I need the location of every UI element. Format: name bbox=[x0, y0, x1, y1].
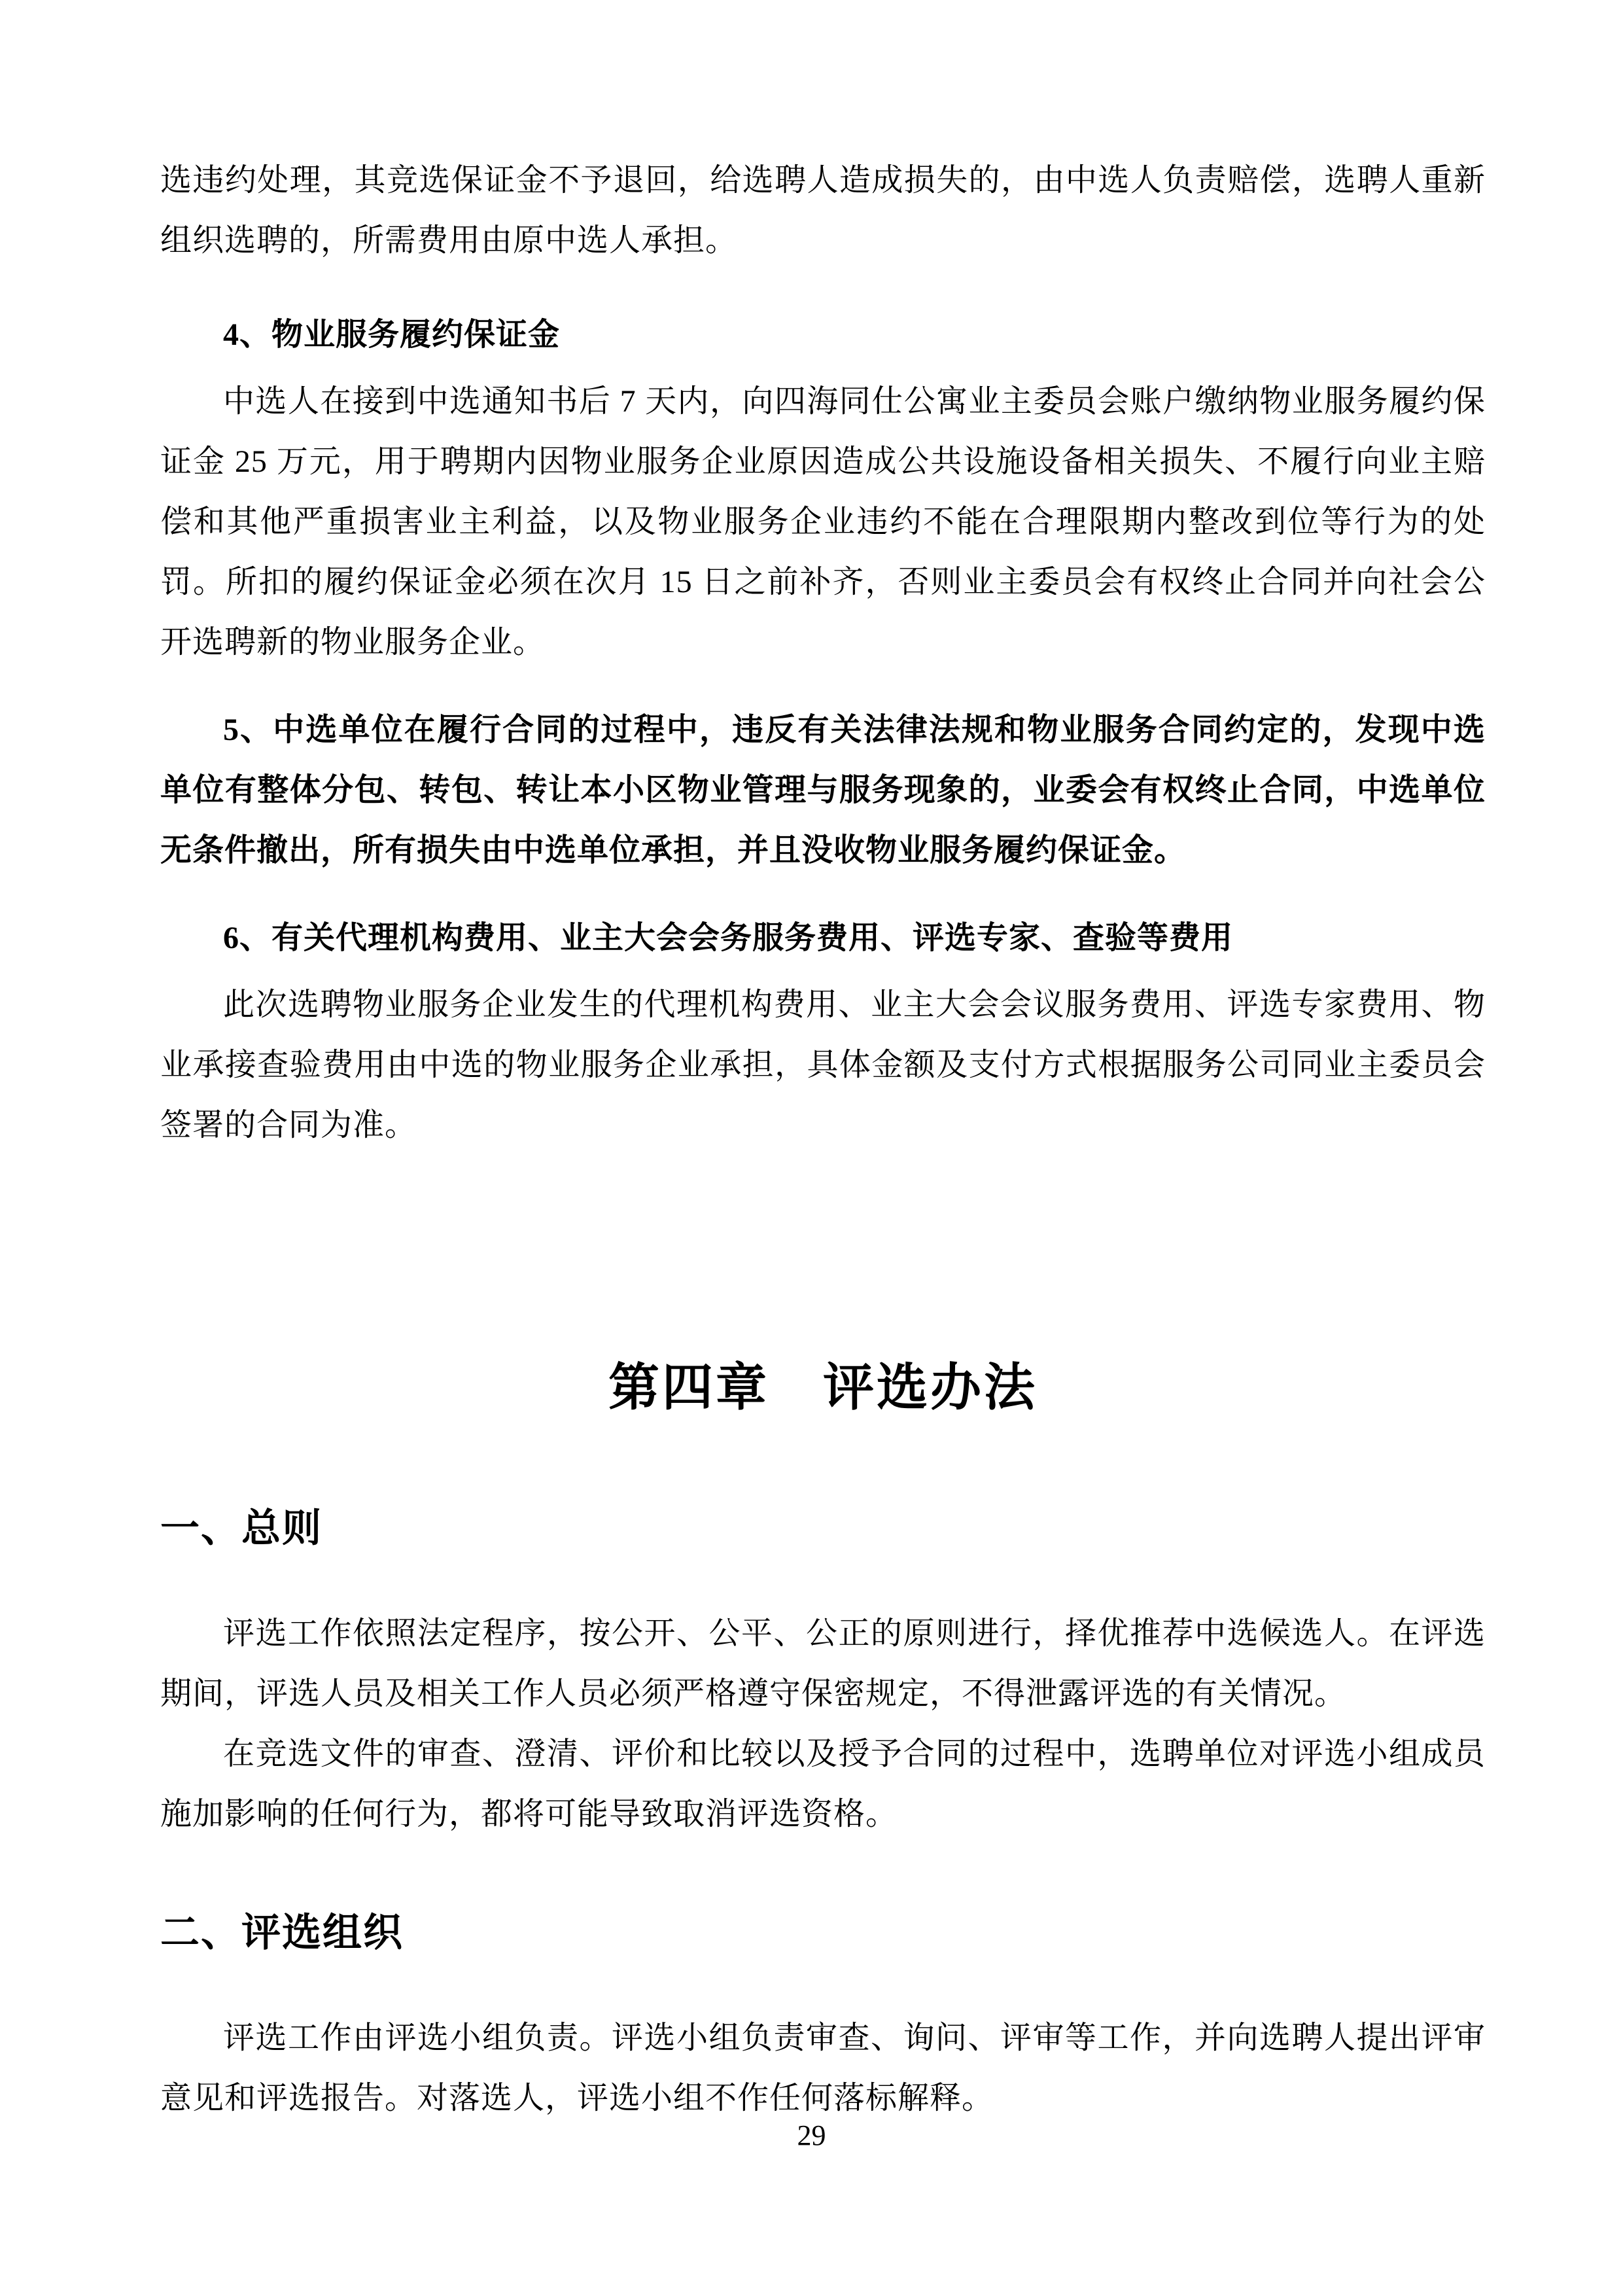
general-rules-heading: 一、总则 bbox=[160, 1502, 1486, 1555]
chapter-title: 第四章 评选办法 bbox=[160, 1352, 1486, 1424]
carryover-paragraph: 选违约处理，其竞选保证金不予退回，给选聘人造成损失的，由中选人负责赔偿，选聘人重… bbox=[160, 150, 1486, 271]
section-4-heading: 4、物业服务履约保证金 bbox=[160, 305, 1486, 365]
general-rules-paragraph-1: 评选工作依照法定程序，按公开、公平、公正的原则进行，择优推荐中选候选人。在评选期… bbox=[160, 1604, 1486, 1724]
general-rules-paragraph-2: 在竞选文件的审查、澄清、评价和比较以及授予合同的过程中，选聘单位对评选小组成员施… bbox=[160, 1724, 1486, 1845]
selection-organization-heading: 二、评选组织 bbox=[160, 1907, 1486, 1959]
selection-organization-paragraph: 评选工作由评选小组负责。评选小组负责审查、询问、评审等工作，并向选聘人提出评审意… bbox=[160, 2008, 1486, 2128]
section-5-paragraph: 5、中选单位在履行合同的过程中，违反有关法律法规和物业服务合同约定的，发现中选单… bbox=[160, 700, 1486, 881]
section-6-body: 此次选聘物业服务企业发生的代理机构费用、业主大会会议服务费用、评选专家费用、物业… bbox=[160, 975, 1486, 1156]
section-6-heading: 6、有关代理机构费用、业主大会会务服务费用、评选专家、查验等费用 bbox=[160, 908, 1486, 968]
document-page: 选违约处理，其竞选保证金不予退回，给选聘人造成损失的，由中选人负责赔偿，选聘人重… bbox=[0, 0, 1623, 2296]
page-number: 29 bbox=[0, 2119, 1623, 2153]
section-4-body: 中选人在接到中选通知书后 7 天内，向四海同仕公寓业主委员会账户缴纳物业服务履约… bbox=[160, 372, 1486, 673]
